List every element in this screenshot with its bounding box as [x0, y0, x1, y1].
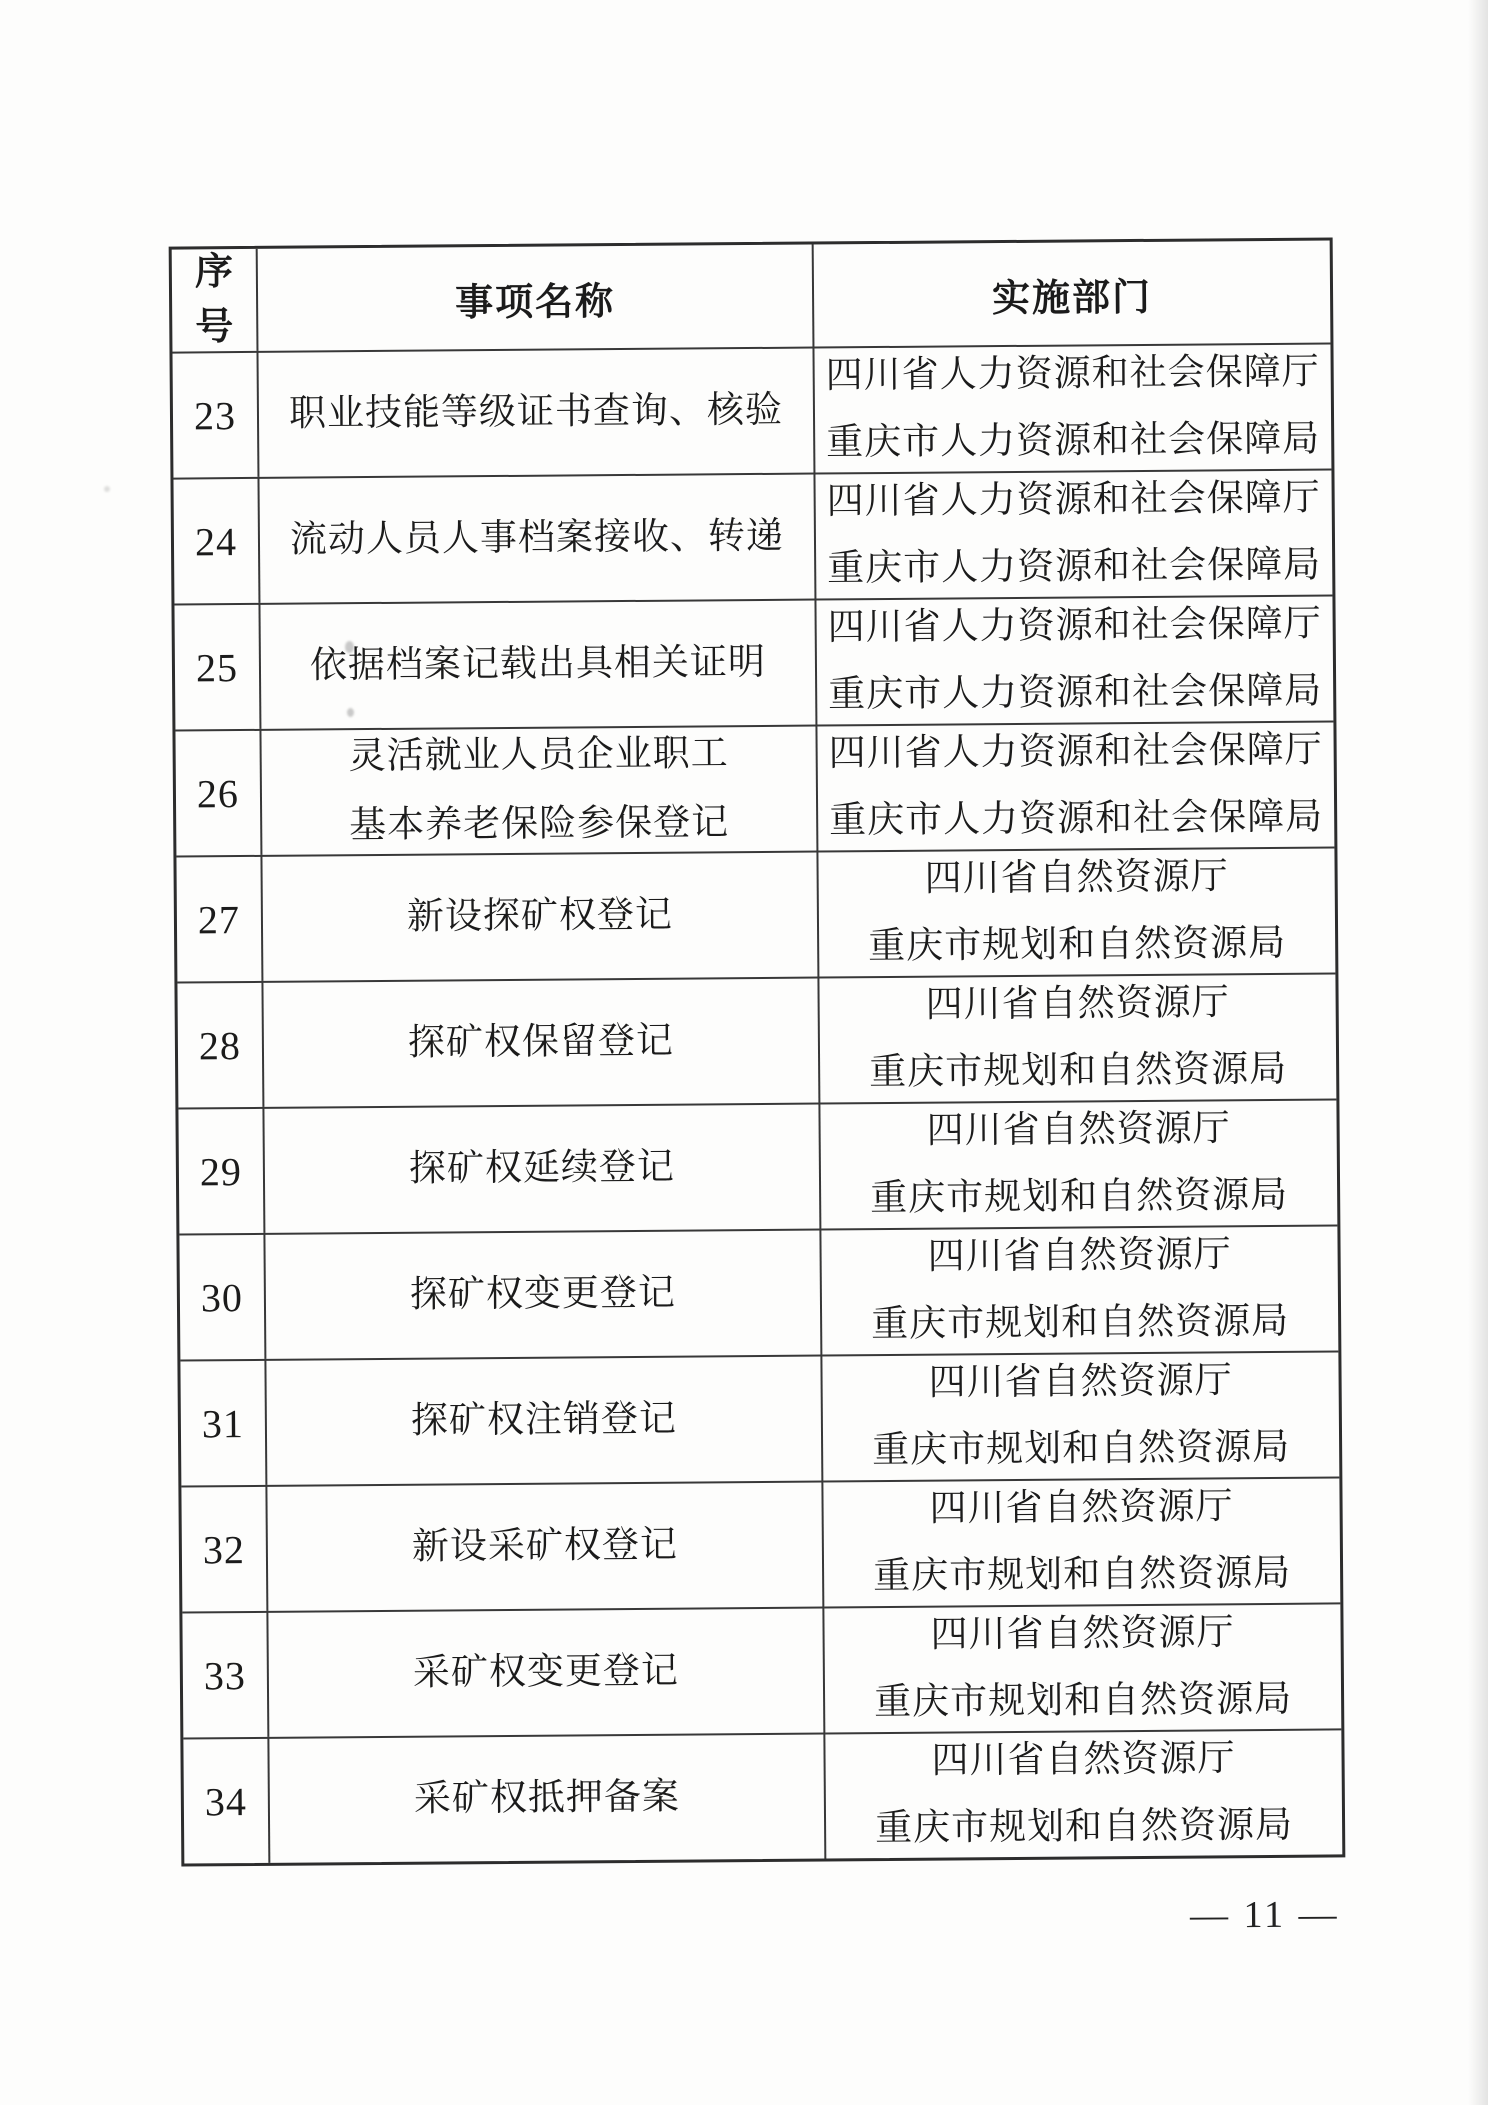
- department-line: 重庆市规划和自然资源局: [875, 1805, 1293, 1851]
- item-name: 探矿权注销登记: [266, 1354, 823, 1484]
- row-number: 24: [173, 477, 260, 604]
- row-number: 32: [181, 1485, 268, 1612]
- department-line: 重庆市规划和自然资源局: [874, 1679, 1292, 1725]
- department-line: 重庆市人力资源和社会保障局: [828, 671, 1322, 717]
- item-name: 采矿权变更登记: [268, 1606, 825, 1736]
- departments: 四川省自然资源厅 重庆市规划和自然资源局: [820, 1098, 1337, 1228]
- departments: 四川省自然资源厅 重庆市规划和自然资源局: [824, 1602, 1341, 1732]
- department-line: 重庆市规划和自然资源局: [871, 1301, 1289, 1347]
- departments: 四川省人力资源和社会保障厅 重庆市人力资源和社会保障局: [817, 720, 1334, 850]
- departments: 四川省自然资源厅 重庆市规划和自然资源局: [818, 846, 1335, 976]
- table-header-row: 序号 事项名称 实施部门: [172, 240, 1331, 351]
- header-implementing-department: 实施部门: [814, 240, 1331, 346]
- item-name-line: 职业技能等级证书查询、核验: [289, 389, 783, 435]
- table-row-25: 25 依据档案记载出具相关证明 四川省人力资源和社会保障厅 重庆市人力资源和社会…: [174, 594, 1333, 729]
- item-name-line: 灵活就业人员企业职工: [349, 734, 729, 780]
- table-row-26: 26 灵活就业人员企业职工 基本养老保险参保登记 四川省人力资源和社会保障厅 重…: [175, 720, 1334, 855]
- department-line: 四川省自然资源厅: [929, 1487, 1233, 1532]
- department-line: 重庆市人力资源和社会保障局: [827, 545, 1321, 591]
- department-line: 四川省自然资源厅: [931, 1739, 1235, 1784]
- scan-edge-shadow: [1468, 0, 1488, 2105]
- department-line: 重庆市规划和自然资源局: [873, 1553, 1291, 1599]
- document-page: 序号 事项名称 实施部门 23 职业技能等级证书查询、核验 四川省人力资源和社会…: [0, 0, 1488, 2105]
- item-name: 职业技能等级证书查询、核验: [258, 347, 815, 477]
- departments: 四川省自然资源厅 重庆市规划和自然资源局: [819, 972, 1336, 1102]
- item-name-line: 采矿权变更登记: [413, 1650, 679, 1695]
- row-number: 28: [177, 981, 264, 1108]
- row-number: 29: [178, 1107, 265, 1234]
- department-line: 四川省人力资源和社会保障厅: [828, 604, 1322, 650]
- row-number: 33: [182, 1611, 269, 1738]
- table-row-27: 27 新设探矿权登记 四川省自然资源厅 重庆市规划和自然资源局: [176, 846, 1335, 981]
- departments: 四川省自然资源厅 重庆市规划和自然资源局: [823, 1476, 1340, 1606]
- department-line: 重庆市规划和自然资源局: [869, 1049, 1287, 1095]
- item-name-line: 采矿权抵押备案: [414, 1776, 680, 1821]
- item-name: 探矿权变更登记: [265, 1228, 822, 1358]
- row-number: 27: [176, 855, 263, 982]
- department-line: 四川省自然资源厅: [924, 857, 1228, 902]
- departments: 四川省自然资源厅 重庆市规划和自然资源局: [821, 1224, 1338, 1354]
- row-number: 26: [175, 729, 262, 856]
- header-item-name: 事项名称: [258, 245, 815, 351]
- table-row-32: 32 新设采矿权登记 四川省自然资源厅 重庆市规划和自然资源局: [181, 1476, 1340, 1611]
- department-line: 重庆市人力资源和社会保障局: [826, 419, 1320, 465]
- table-row-28: 28 探矿权保留登记 四川省自然资源厅 重庆市规划和自然资源局: [177, 972, 1336, 1107]
- department-line: 四川省人力资源和社会保障厅: [827, 478, 1321, 524]
- departments: 四川省人力资源和社会保障厅 重庆市人力资源和社会保障局: [814, 342, 1331, 472]
- items-table: 序号 事项名称 实施部门 23 职业技能等级证书查询、核验 四川省人力资源和社会…: [169, 237, 1346, 1866]
- item-name-line: 探矿权变更登记: [410, 1272, 676, 1317]
- row-number: 30: [179, 1233, 266, 1360]
- page-number: — 11 —: [1190, 1892, 1340, 1937]
- departments: 四川省人力资源和社会保障厅 重庆市人力资源和社会保障局: [815, 468, 1332, 598]
- department-line: 四川省自然资源厅: [928, 1361, 1232, 1406]
- item-name-line: 新设探矿权登记: [407, 894, 673, 939]
- item-name: 灵活就业人员企业职工 基本养老保险参保登记: [261, 725, 818, 855]
- department-line: 重庆市规划和自然资源局: [872, 1427, 1290, 1473]
- department-line: 四川省自然资源厅: [930, 1613, 1234, 1658]
- item-name-line: 新设采矿权登记: [412, 1524, 678, 1569]
- department-line: 四川省自然资源厅: [926, 1109, 1230, 1154]
- department-line: 四川省人力资源和社会保障厅: [826, 352, 1320, 398]
- table-row-33: 33 采矿权变更登记 四川省自然资源厅 重庆市规划和自然资源局: [182, 1602, 1341, 1737]
- departments: 四川省人力资源和社会保障厅 重庆市人力资源和社会保障局: [816, 594, 1333, 724]
- departments: 四川省自然资源厅 重庆市规划和自然资源局: [825, 1728, 1342, 1858]
- item-name: 流动人员人事档案接收、转递: [259, 473, 816, 603]
- item-name: 依据档案记载出具相关证明: [260, 599, 817, 729]
- department-line: 重庆市人力资源和社会保障局: [829, 797, 1323, 843]
- department-line: 重庆市规划和自然资源局: [870, 1175, 1288, 1221]
- header-serial-number-label: 序号: [192, 249, 237, 352]
- item-name: 新设采矿权登记: [267, 1480, 824, 1610]
- scan-speck: [104, 486, 110, 492]
- item-name-line: 基本养老保险参保登记: [349, 802, 729, 848]
- item-name: 新设探矿权登记: [262, 851, 819, 981]
- row-number: 25: [174, 603, 261, 730]
- department-line: 四川省自然资源厅: [927, 1235, 1231, 1280]
- item-name: 探矿权延续登记: [264, 1103, 821, 1233]
- table-row-31: 31 探矿权注销登记 四川省自然资源厅 重庆市规划和自然资源局: [180, 1350, 1339, 1485]
- item-name-line: 探矿权延续登记: [409, 1146, 675, 1191]
- item-name-line: 探矿权保留登记: [408, 1020, 674, 1065]
- table-row-23: 23 职业技能等级证书查询、核验 四川省人力资源和社会保障厅 重庆市人力资源和社…: [172, 342, 1331, 477]
- item-name-line: 依据档案记载出具相关证明: [310, 642, 766, 688]
- header-serial-number: 序号: [172, 249, 259, 352]
- department-line: 四川省人力资源和社会保障厅: [829, 730, 1323, 776]
- item-name-line: 流动人员人事档案接收、转递: [290, 515, 784, 561]
- departments: 四川省自然资源厅 重庆市规划和自然资源局: [822, 1350, 1339, 1480]
- table-row-29: 29 探矿权延续登记 四川省自然资源厅 重庆市规划和自然资源局: [178, 1098, 1337, 1233]
- row-number: 23: [172, 351, 259, 478]
- row-number: 34: [183, 1737, 270, 1864]
- table-row-24: 24 流动人员人事档案接收、转递 四川省人力资源和社会保障厅 重庆市人力资源和社…: [173, 468, 1332, 603]
- table-row-30: 30 探矿权变更登记 四川省自然资源厅 重庆市规划和自然资源局: [179, 1224, 1338, 1359]
- table-row-34: 34 采矿权抵押备案 四川省自然资源厅 重庆市规划和自然资源局: [183, 1728, 1342, 1863]
- item-name: 采矿权抵押备案: [269, 1732, 826, 1862]
- item-name: 探矿权保留登记: [263, 977, 820, 1107]
- item-name-line: 探矿权注销登记: [411, 1398, 677, 1443]
- row-number: 31: [180, 1359, 267, 1486]
- department-line: 重庆市规划和自然资源局: [868, 923, 1286, 969]
- department-line: 四川省自然资源厅: [925, 983, 1229, 1028]
